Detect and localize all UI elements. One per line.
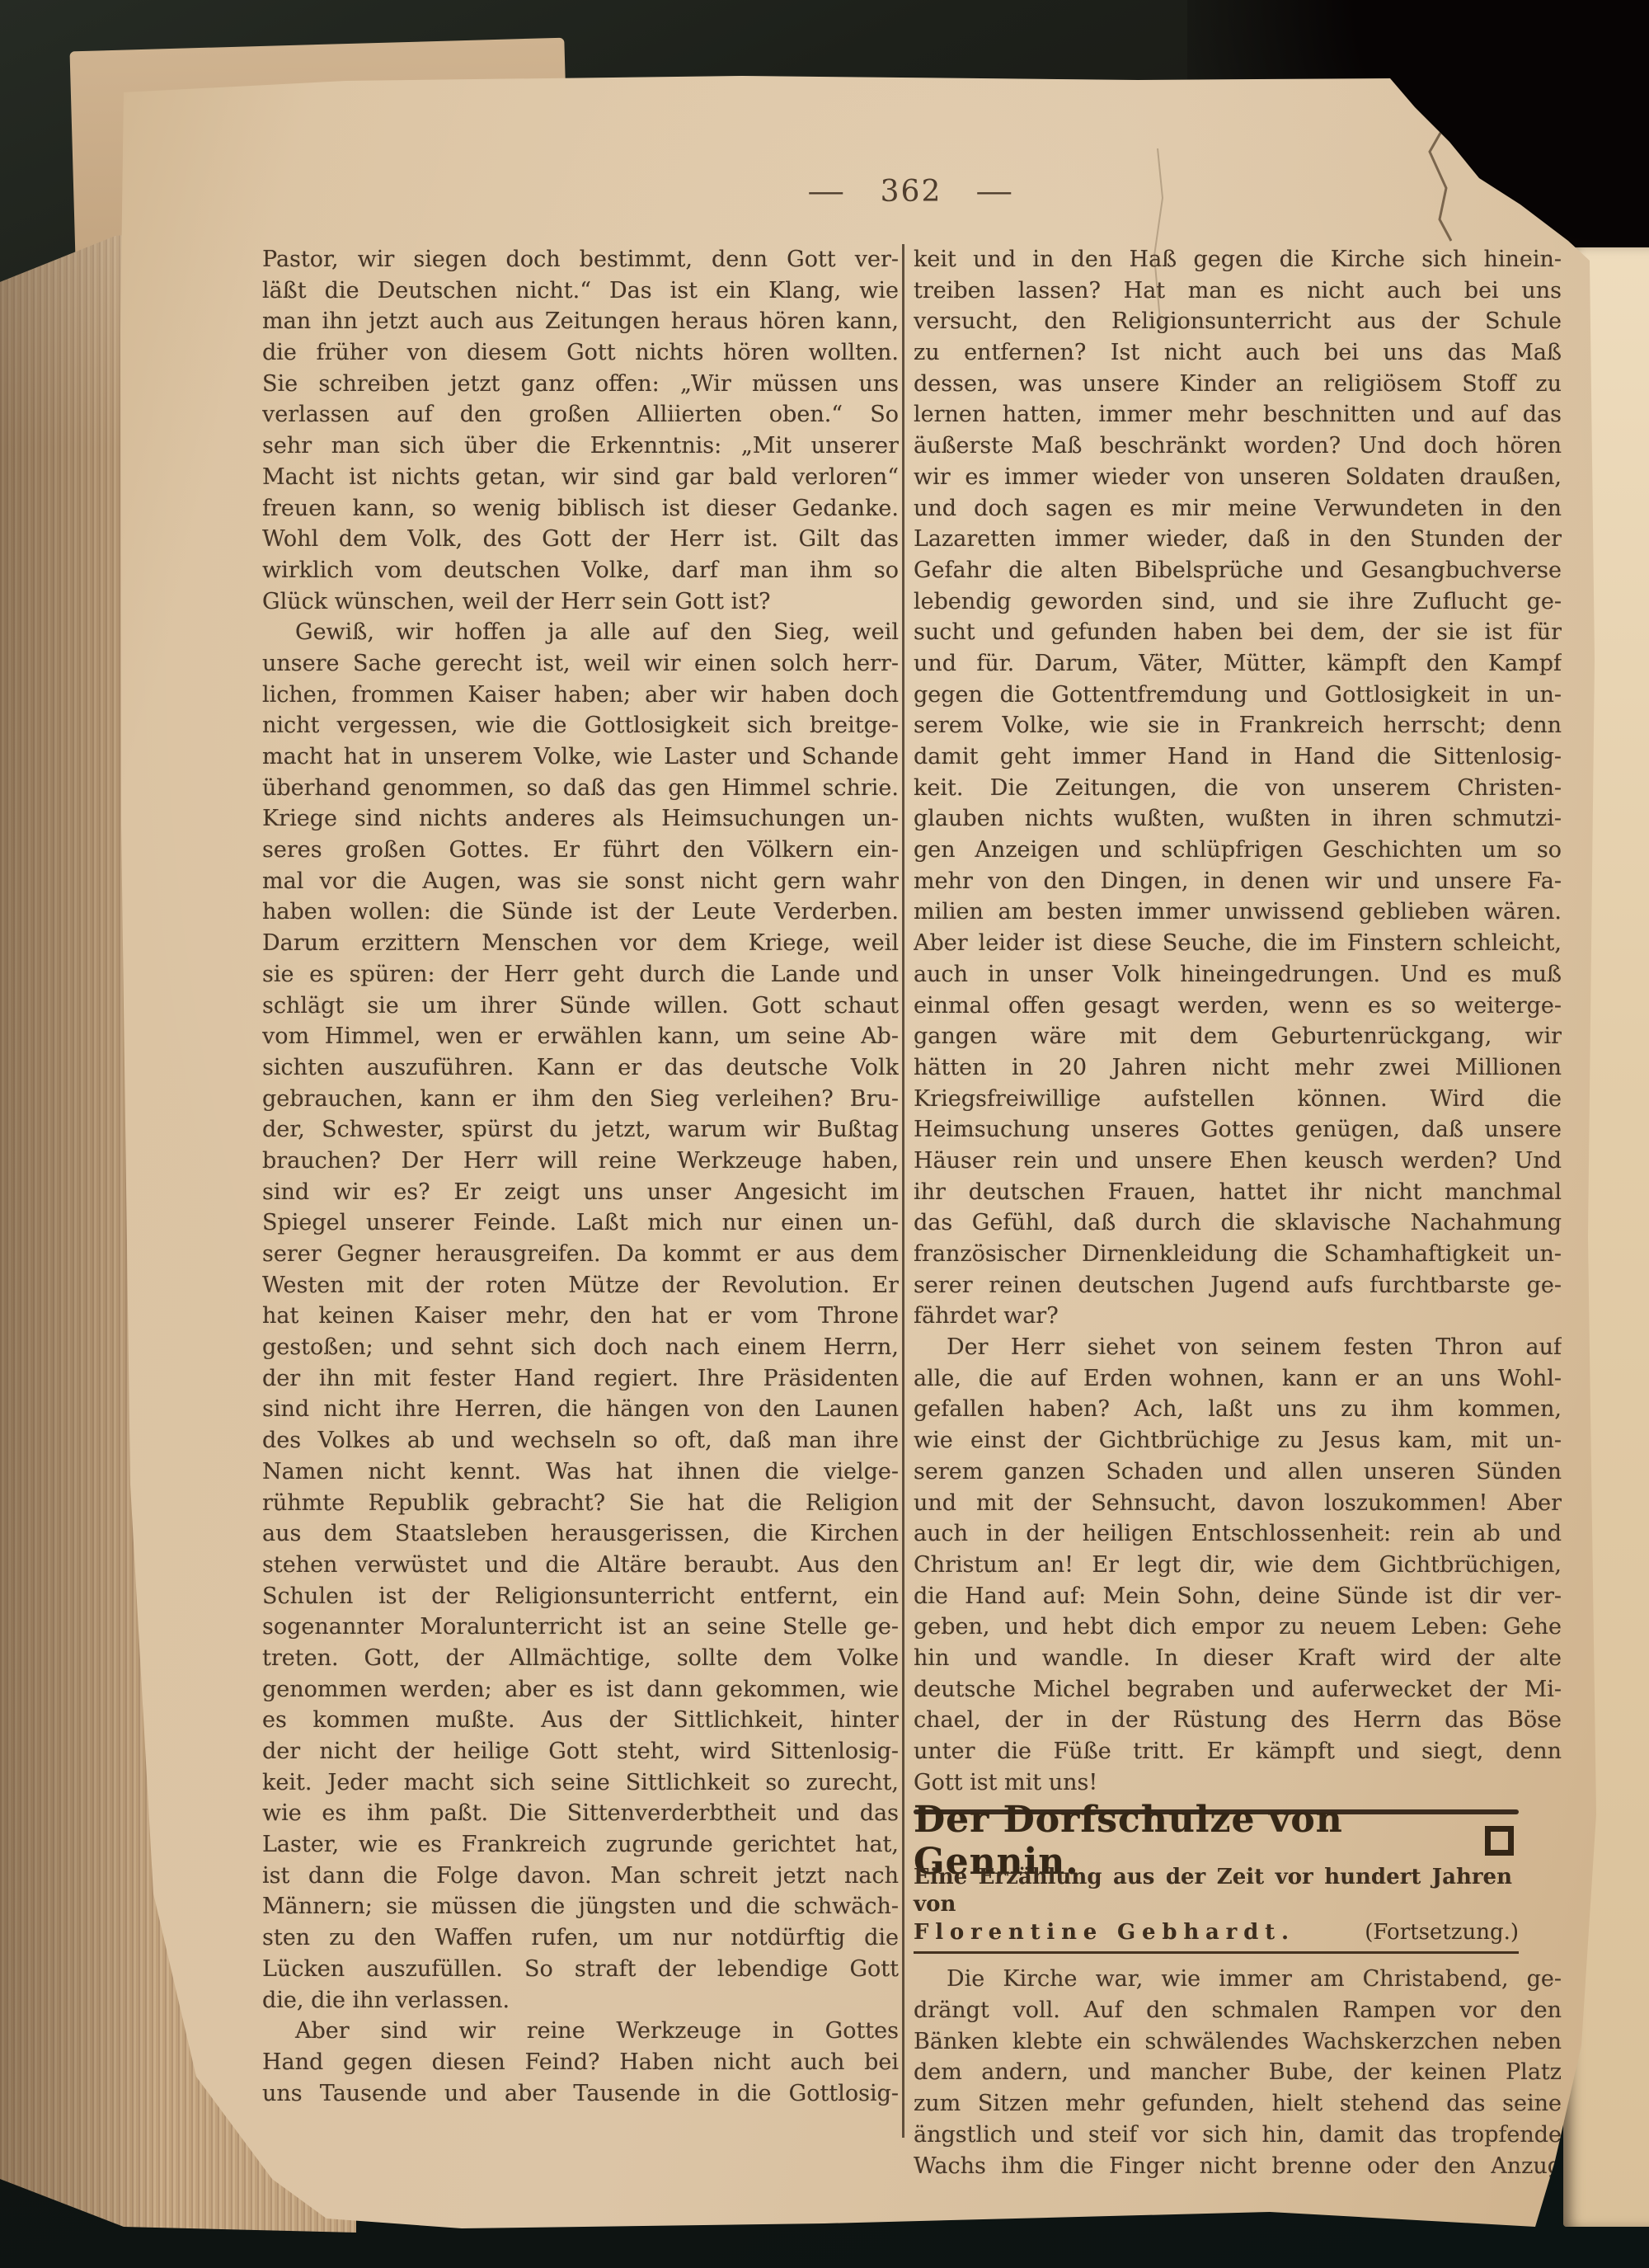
text-line: auch in der heiligen Entschlossenheit: r… bbox=[914, 1518, 1562, 1550]
text-line: Laster, wie es Frankreich zugrunde geric… bbox=[262, 1829, 899, 1861]
text-line: Wachs ihm die Finger nicht brenne oder d… bbox=[914, 2151, 1562, 2182]
text-line: sucht und gefunden haben bei dem, der si… bbox=[914, 617, 1562, 648]
book-page: —362— Pastor, wir siegen doch bestimmt, … bbox=[0, 0, 1649, 2268]
text-line: sehr man sich über die Erkenntnis: „Mit … bbox=[262, 431, 899, 462]
text-line: Sie schreiben jetzt ganz offen: „Wir müs… bbox=[262, 369, 899, 400]
text-line: serer reinen deutschen Jugend aufs furch… bbox=[914, 1270, 1562, 1301]
text-line: gebrauchen, kann er ihm den Sieg verleih… bbox=[262, 1084, 899, 1115]
text-line: gefallen haben? Ach, laßt uns zu ihm kom… bbox=[914, 1394, 1562, 1425]
text-line: zum Sitzen mehr gefunden, hielt stehend … bbox=[914, 2088, 1562, 2120]
scanned-book-photo: { "colors": { "paper": "#dcc5a6", "ink":… bbox=[0, 0, 1649, 2268]
text-line: überhand genommen, so daß das gen Himmel… bbox=[262, 773, 899, 804]
text-line: wie es ihm paßt. Die Sittenverderbtheit … bbox=[262, 1798, 899, 1829]
text-line: sichten auszuführen. Kann er das deutsch… bbox=[262, 1052, 899, 1084]
text-line: glauben nichts wußten, wußten in ihren s… bbox=[914, 803, 1562, 835]
text-line: die Hand auf: Mein Sohn, deine Sünde ist… bbox=[914, 1581, 1562, 1612]
text-line: Lazaretten immer wieder, daß in den Stun… bbox=[914, 524, 1562, 555]
text-line: man ihn jetzt auch aus Zeitungen heraus … bbox=[262, 306, 899, 337]
text-line: und mit der Sehnsucht, davon loszukommen… bbox=[914, 1488, 1562, 1519]
text-line: treten. Gott, der Allmächtige, sollte de… bbox=[262, 1643, 899, 1674]
text-line: geben, und hebt dich empor zu neuem Lebe… bbox=[914, 1612, 1562, 1643]
text-line: drängt voll. Auf den schmalen Rampen vor… bbox=[914, 1995, 1562, 2026]
text-line: deutsche Michel begraben und auferwecket… bbox=[914, 1674, 1562, 1706]
text-line: Christum an! Er legt dir, wie dem Gichtb… bbox=[914, 1550, 1562, 1581]
text-line: macht hat in unserem Volke, wie Laster u… bbox=[262, 741, 899, 773]
text-line: alle, die auf Erden wohnen, kann er an u… bbox=[914, 1363, 1562, 1395]
text-line: Gott ist mit uns! bbox=[914, 1767, 1562, 1799]
text-line: des Volkes ab und wechseln so oft, daß m… bbox=[262, 1425, 899, 1456]
text-line: versucht, den Religionsunterricht aus de… bbox=[914, 306, 1562, 337]
text-line: stehen verwüstet und die Altäre beraubt.… bbox=[262, 1550, 899, 1581]
text-line: brauchen? Der Herr will reine Werkzeuge … bbox=[262, 1146, 899, 1177]
text-line: serem ganzen Schaden und allen unseren S… bbox=[914, 1456, 1562, 1488]
text-line: haben wollen: die Sünde ist der Leute Ve… bbox=[262, 896, 899, 928]
text-line: Kriegsfreiwillige aufstellen können. Wir… bbox=[914, 1084, 1562, 1115]
text-line: Lücken auszufüllen. So straft der lebend… bbox=[262, 1954, 899, 1985]
text-line: Glück wünschen, weil der Herr sein Gott … bbox=[262, 586, 899, 618]
column-left: Pastor, wir siegen doch bestimmt, denn G… bbox=[262, 244, 899, 2109]
text-line: Pastor, wir siegen doch bestimmt, denn G… bbox=[262, 244, 899, 275]
text-line: unsere Sache gerecht ist, weil wir einen… bbox=[262, 648, 899, 680]
text-line: das Gefühl, daß durch die sklavische Nac… bbox=[914, 1207, 1562, 1239]
text-line: äußerste Maß beschränkt worden? Und doch… bbox=[914, 431, 1562, 462]
text-line: hat keinen Kaiser mehr, den hat er vom T… bbox=[262, 1301, 899, 1332]
text-line: Macht ist nichts getan, wir sind gar bal… bbox=[262, 462, 899, 493]
text-line: Wohl dem Volk, des Gott der Herr ist. Gi… bbox=[262, 524, 899, 555]
text-line: mal vor die Augen, was sie sonst nicht g… bbox=[262, 866, 899, 897]
text-line: Darum erzittern Menschen vor dem Kriege,… bbox=[262, 928, 899, 959]
text-line: Schulen ist der Religionsunterricht entf… bbox=[262, 1581, 899, 1612]
page-content: —362— Pastor, wir siegen doch bestimmt, … bbox=[0, 0, 1649, 2268]
text-line: Häuser rein und unsere Ehen keusch werde… bbox=[914, 1146, 1562, 1177]
story-heading-row: Der Dorfschulze von Gennin. bbox=[914, 1818, 1519, 1864]
page-number: —362— bbox=[262, 175, 1560, 209]
text-line: keit und in den Haß gegen die Kirche sic… bbox=[914, 244, 1562, 275]
story-continuation-note: (Fortsetzung.) bbox=[1365, 1918, 1519, 1946]
story-byline: Florentine Gebhardt. (Fortsetzung.) bbox=[914, 1918, 1519, 1946]
text-line: Der Herr siehet von seinem festen Thron … bbox=[914, 1332, 1562, 1363]
text-line: verlassen auf den großen Alliierten oben… bbox=[262, 399, 899, 431]
story-text: Die Kirche war, wie immer am Christabend… bbox=[914, 1964, 1562, 2181]
text-line: gen Anzeigen und schlüpfrigen Geschichte… bbox=[914, 835, 1562, 866]
text-line: der nicht der heilige Gott steht, wird S… bbox=[262, 1736, 899, 1767]
text-line: wie einst der Gichtbrüchige zu Jesus kam… bbox=[914, 1425, 1562, 1456]
text-line: serer Gegner herausgreifen. Da kommt er … bbox=[262, 1239, 899, 1270]
text-line: rühmte Republik gebracht? Sie hat die Re… bbox=[262, 1488, 899, 1519]
text-line: damit geht immer Hand in Hand die Sitten… bbox=[914, 741, 1562, 773]
text-line: mehr von den Dingen, in denen wir und un… bbox=[914, 866, 1562, 897]
text-line: Hand gegen diesen Feind? Haben nicht auc… bbox=[262, 2047, 899, 2078]
text-line: und für. Darum, Väter, Mütter, kämpft de… bbox=[914, 648, 1562, 680]
text-line: und doch sagen es mir meine Verwundeten … bbox=[914, 493, 1562, 525]
text-line: gegen die Gottentfremdung und Gottlosigk… bbox=[914, 680, 1562, 711]
page-number-dash-left: — bbox=[807, 175, 847, 209]
text-line: aus dem Staatsleben herausgerissen, die … bbox=[262, 1518, 899, 1550]
story-subtitle: Eine Erzählung aus der Zeit vor hundert … bbox=[914, 1864, 1512, 1918]
text-line: seres großen Gottes. Er führt den Völker… bbox=[262, 835, 899, 866]
column-right-text: keit und in den Haß gegen die Kirche sic… bbox=[914, 244, 1562, 1798]
text-line: auch in unser Volk hineingedrungen. Und … bbox=[914, 959, 1562, 990]
text-line: unter die Füße tritt. Er kämpft und sieg… bbox=[914, 1736, 1562, 1767]
text-line: gestoßen; und sehnt sich doch nach einem… bbox=[262, 1332, 899, 1363]
text-line: Gewiß, wir hoffen ja alle auf den Sieg, … bbox=[262, 617, 899, 648]
text-line: läßt die Deutschen nicht.“ Das ist ein K… bbox=[262, 275, 899, 307]
text-line: Heimsuchung unseres Gottes genügen, daß … bbox=[914, 1114, 1562, 1146]
text-line: freuen kann, so wenig biblisch ist diese… bbox=[262, 493, 899, 525]
text-line: der ihn mit fester Hand regiert. Ihre Pr… bbox=[262, 1363, 899, 1395]
text-line: sie es spüren: der Herr geht durch die L… bbox=[262, 959, 899, 990]
text-line: Männern; sie müssen die jüngsten und die… bbox=[262, 1891, 899, 1922]
text-line: Die Kirche war, wie immer am Christabend… bbox=[914, 1964, 1562, 1995]
column-right: keit und in den Haß gegen die Kirche sic… bbox=[914, 244, 1562, 2181]
text-line: dessen, was unsere Kinder an religiösem … bbox=[914, 369, 1562, 400]
text-line: Kriege sind nichts anderes als Heimsuchu… bbox=[262, 803, 899, 835]
text-line: vom Himmel, wen er erwählen kann, um sei… bbox=[262, 1021, 899, 1052]
text-line: schlägt sie um ihrer Sünde willen. Gott … bbox=[262, 990, 899, 1022]
text-line: hin und wandle. In dieser Kraft wird der… bbox=[914, 1643, 1562, 1674]
square-ornament-icon bbox=[1485, 1826, 1514, 1856]
text-line: Namen nicht kennt. Was hat ihnen die vie… bbox=[262, 1456, 899, 1488]
text-line: chael, der in der Rüstung des Herrn das … bbox=[914, 1705, 1562, 1736]
text-line: Westen mit der roten Mütze der Revolutio… bbox=[262, 1270, 899, 1301]
text-line: uns Tausende und aber Tausende in die Go… bbox=[262, 2078, 899, 2110]
story-author: Florentine Gebhardt. bbox=[914, 1918, 1295, 1946]
text-line: keit. Die Zeitungen, die von unserem Chr… bbox=[914, 773, 1562, 804]
text-line: die früher von diesem Gott nichts hören … bbox=[262, 337, 899, 369]
text-line: lernen hatten, immer mehr beschnitten un… bbox=[914, 399, 1562, 431]
text-line: Aber sind wir reine Werkzeuge in Gottes bbox=[262, 2016, 899, 2047]
text-line: sind wir es? Er zeigt uns unser Angesich… bbox=[262, 1177, 899, 1208]
text-line: keit. Jeder macht sich seine Sittlichkei… bbox=[262, 1767, 899, 1799]
text-line: Spiegel unserer Feinde. Laßt mich nur ei… bbox=[262, 1207, 899, 1239]
text-line: sind nicht ihre Herren, die hängen von d… bbox=[262, 1394, 899, 1425]
text-line: Aber leider ist diese Seuche, die im Fin… bbox=[914, 928, 1562, 959]
text-line: wir es immer wieder von unseren Soldaten… bbox=[914, 462, 1562, 493]
section-rule-bottom bbox=[914, 1951, 1519, 1954]
text-line: lebendig geworden sind, und sie ihre Zuf… bbox=[914, 586, 1562, 618]
text-line: serem Volke, wie sie in Frankreich herrs… bbox=[914, 710, 1562, 741]
text-line: die, die ihn verlassen. bbox=[262, 1985, 899, 2016]
text-line: treiben lassen? Hat man es nicht auch be… bbox=[914, 275, 1562, 307]
text-line: Gefahr die alten Bibelsprüche und Gesang… bbox=[914, 555, 1562, 586]
text-line: sten zu den Waffen rufen, um nur notdürf… bbox=[262, 1922, 899, 1954]
page-number-dash-right: — bbox=[976, 175, 1016, 209]
text-line: zu entfernen? Ist nicht auch bei uns das… bbox=[914, 337, 1562, 369]
text-line: es kommen mußte. Aus der Sittlichkeit, h… bbox=[262, 1705, 899, 1736]
text-line: dem andern, und mancher Bube, der keinen… bbox=[914, 2057, 1562, 2088]
text-line: ängstlich und steif vor sich hin, damit … bbox=[914, 2120, 1562, 2151]
text-line: lichen, frommen Kaiser haben; aber wir h… bbox=[262, 680, 899, 711]
text-line: nicht vergessen, wie die Gottlosigkeit s… bbox=[262, 710, 899, 741]
text-line: sogenannter Moralunterricht ist an seine… bbox=[262, 1612, 899, 1643]
text-line: gangen wäre mit dem Geburtenrückgang, wi… bbox=[914, 1021, 1562, 1052]
text-line: einmal offen gesagt werden, wenn es so w… bbox=[914, 990, 1562, 1022]
text-line: der, Schwester, spürst du jetzt, warum w… bbox=[262, 1114, 899, 1146]
text-line: Bänken klebte ein schwälendes Wachskerzc… bbox=[914, 2026, 1562, 2058]
column-divider-rule bbox=[902, 244, 904, 2138]
text-line: milien am besten immer unwissend geblieb… bbox=[914, 896, 1562, 928]
text-line: französischer Dirnenkleidung die Schamha… bbox=[914, 1239, 1562, 1270]
text-line: fährdet war? bbox=[914, 1301, 1562, 1332]
text-line: hätten in 20 Jahren nicht mehr zwei Mill… bbox=[914, 1052, 1562, 1084]
text-line: ist dann die Folge davon. Man schreit je… bbox=[262, 1861, 899, 1892]
page-number-value: 362 bbox=[881, 175, 942, 209]
text-line: wirklich vom deutschen Volke, darf man i… bbox=[262, 555, 899, 586]
text-line: ihr deutschen Frauen, hattet ihr nicht m… bbox=[914, 1177, 1562, 1208]
text-line: genommen werden; aber es ist dann gekomm… bbox=[262, 1674, 899, 1706]
